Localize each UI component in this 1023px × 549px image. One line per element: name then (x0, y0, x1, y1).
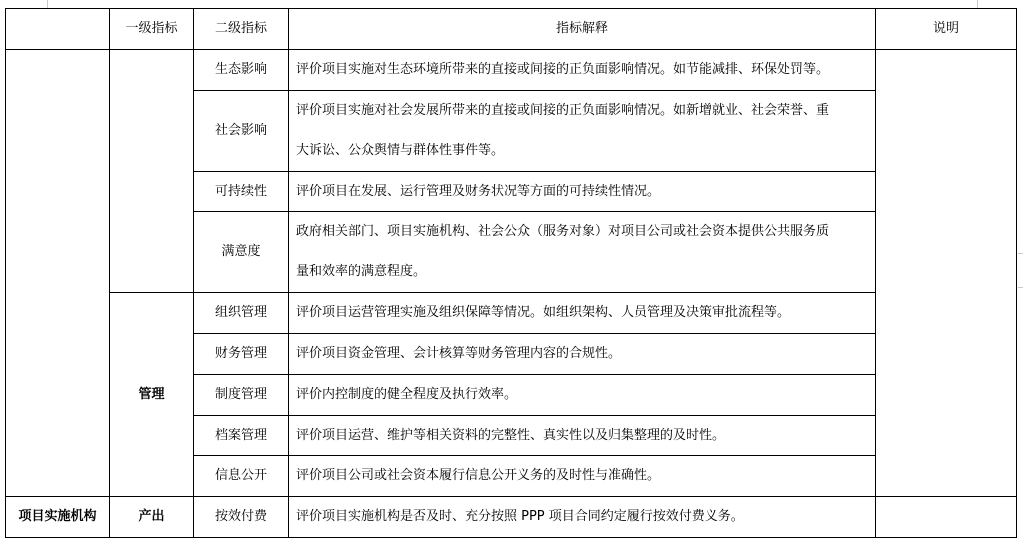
description-line: 评价项目实施对社会发展所带来的直接或间接的正负面影响情况。如新增就业、社会荣誉、… (296, 91, 875, 131)
header-cell-note: 说明 (875, 8, 1017, 50)
level1-cell-management: 管理 (109, 292, 194, 497)
description-line: 评价项目运营管理实施及组织保障等情况。如组织架构、人员管理及决策审批流程等。 (296, 293, 875, 333)
level2-label: 档案管理 (215, 416, 267, 456)
level1-cell-impact (109, 49, 194, 293)
description-cell: 评价项目实施机构是否及时、充分按照 PPP 项目合同约定履行按效付费义务。 (288, 496, 876, 538)
subject-label: 项目实施机构 (18, 497, 96, 537)
level2-cell: 满意度 (193, 211, 289, 293)
header-label-note: 说明 (933, 9, 959, 49)
description-cell: 评价内控制度的健全程度及执行效率。 (288, 374, 876, 416)
level2-label: 信息公开 (215, 456, 267, 496)
header-cell-blank (5, 8, 110, 50)
page-edge-marker (1018, 253, 1023, 254)
level2-label: 制度管理 (215, 375, 267, 415)
level2-cell: 社会影响 (193, 90, 289, 172)
level1-label-output: 产出 (138, 497, 164, 537)
level2-label: 财务管理 (215, 334, 267, 374)
level2-cell: 生态影响 (193, 49, 289, 91)
description-cell: 评价项目实施对社会发展所带来的直接或间接的正负面影响情况。如新增就业、社会荣誉、… (288, 90, 876, 172)
description-line: 大诉讼、公众舆情与群体性事件等。 (296, 131, 875, 171)
header-cell-explanation: 指标解释 (288, 8, 876, 50)
header-label-level1: 一级指标 (125, 9, 177, 49)
page-margin-marker (47, 0, 48, 8)
description-line: 评价项目公司或社会资本履行信息公开义务的及时性与准确性。 (296, 456, 875, 496)
level2-label: 社会影响 (215, 111, 267, 151)
header-cell-level1: 一级指标 (109, 8, 194, 50)
description-line: 评价项目在发展、运行管理及财务状况等方面的可持续性情况。 (296, 172, 875, 212)
description-line: 量和效率的满意程度。 (296, 252, 875, 292)
level1-cell-output: 产出 (109, 496, 194, 538)
page-edge-marker (1018, 287, 1023, 288)
description-line: 评价项目实施机构是否及时、充分按照 PPP 项目合同约定履行按效付费义务。 (296, 497, 875, 537)
level2-label: 按效付费 (215, 497, 267, 537)
header-label-explanation: 指标解释 (556, 9, 608, 49)
level2-cell: 信息公开 (193, 455, 289, 497)
indicator-table: 一级指标 二级指标 指标解释 说明 项目实施机构 管理 产出 生态影响 评价项目… (5, 8, 1017, 538)
level2-cell: 制度管理 (193, 374, 289, 416)
description-line: 评价内控制度的健全程度及执行效率。 (296, 375, 875, 415)
description-cell: 评价项目公司或社会资本履行信息公开义务的及时性与准确性。 (288, 455, 876, 497)
note-cell-last (875, 496, 1017, 538)
description-line: 评价项目实施对生态环境所带来的直接或间接的正负面影响情况。如节能减排、环保处罚等… (296, 50, 875, 90)
description-cell: 评价项目运营、维护等相关资料的完整性、真实性以及归集整理的及时性。 (288, 415, 876, 456)
description-cell: 评价项目实施对生态环境所带来的直接或间接的正负面影响情况。如节能减排、环保处罚等… (288, 49, 876, 91)
description-cell: 政府相关部门、项目实施机构、社会公众（服务对象）对项目公司或社会资本提供公共服务… (288, 211, 876, 293)
level2-cell: 按效付费 (193, 496, 289, 538)
description-cell: 评价项目资金管理、会计核算等财务管理内容的合规性。 (288, 333, 876, 375)
note-cell-merged (875, 49, 1017, 497)
page-margin-marker (977, 0, 978, 8)
description-cell: 评价项目运营管理实施及组织保障等情况。如组织架构、人员管理及决策审批流程等。 (288, 292, 876, 334)
level2-label: 生态影响 (215, 50, 267, 90)
level2-label: 满意度 (221, 232, 260, 272)
level2-label: 组织管理 (215, 293, 267, 333)
description-line: 评价项目资金管理、会计核算等财务管理内容的合规性。 (296, 334, 875, 374)
subject-cell: 项目实施机构 (5, 496, 110, 538)
level2-cell: 组织管理 (193, 292, 289, 334)
subject-cell-blank (5, 49, 110, 497)
level1-label-management: 管理 (138, 375, 164, 415)
level2-label: 可持续性 (215, 172, 267, 212)
level2-cell: 档案管理 (193, 415, 289, 456)
description-line: 政府相关部门、项目实施机构、社会公众（服务对象）对项目公司或社会资本提供公共服务… (296, 212, 875, 252)
description-cell: 评价项目在发展、运行管理及财务状况等方面的可持续性情况。 (288, 171, 876, 212)
level2-cell: 可持续性 (193, 171, 289, 212)
level2-cell: 财务管理 (193, 333, 289, 375)
header-label-level2: 二级指标 (215, 9, 267, 49)
description-line: 评价项目运营、维护等相关资料的完整性、真实性以及归集整理的及时性。 (296, 416, 875, 456)
header-cell-level2: 二级指标 (193, 8, 289, 50)
